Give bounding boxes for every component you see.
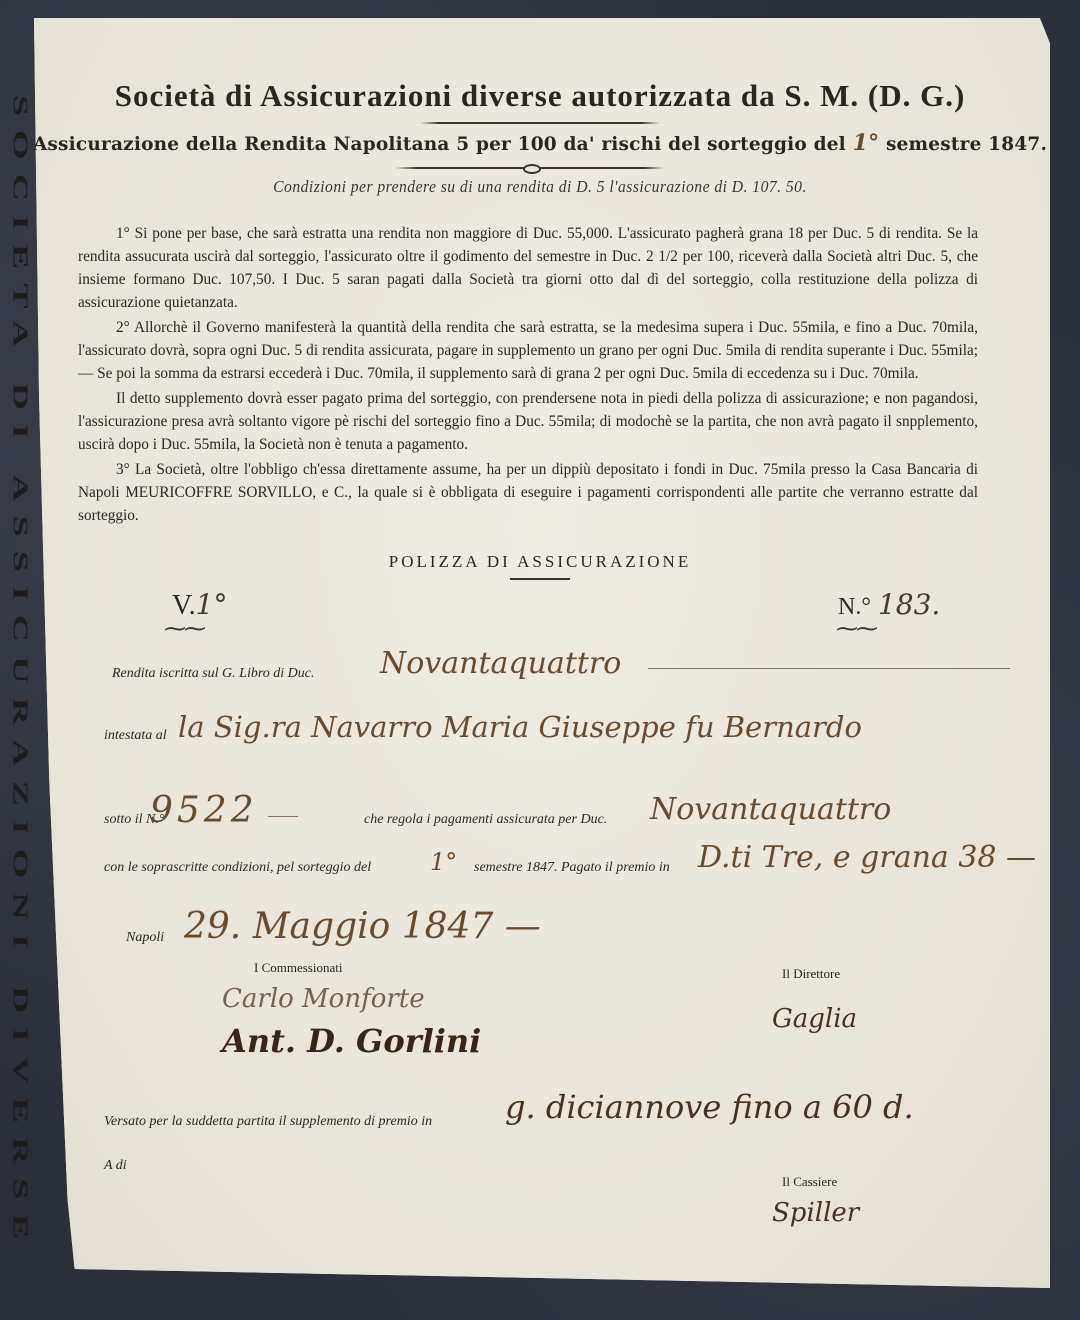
sotto-value: 9522 [150, 790, 258, 831]
cassiere-signature: Spiller [772, 1198, 859, 1228]
regola-value: Novantaquattro [650, 792, 891, 827]
subtitle-semester-handwritten: 1° [853, 130, 880, 156]
direttore-signature: Gaglia [772, 1004, 857, 1034]
volume-field: V.1° ⁓⁓ [172, 588, 227, 642]
subtitle-divider [395, 167, 665, 169]
number-field: N.° 183. ⁓⁓ [838, 588, 940, 642]
margin-vertical-text: SOCIETA DI ASSICURAZIONI DIVERSE IN NAPO… [10, 95, 32, 1275]
condizioni-semester-value: 1° [430, 848, 457, 876]
clause-3: 3° La Società, oltre l'obbligo ch'essa d… [78, 458, 978, 527]
a-di-label: A di [104, 1158, 127, 1174]
direttore-label: Il Direttore [782, 966, 840, 982]
sotto-fill-line [268, 816, 298, 817]
intestata-label: intestata al [104, 728, 167, 744]
condizioni-label-1: con le soprascritte condizioni, pel sort… [104, 860, 371, 876]
date-value: 29. Maggio 1847 — [184, 906, 541, 947]
commissionati-signature-2: Ant. D. Gorlini [222, 1022, 481, 1060]
conditions-heading: Condizioni per prendere su di una rendit… [43, 177, 1037, 197]
regola-label: che regola i pagamenti assicurata per Du… [364, 812, 607, 828]
premio-value: D.ti Tre, e grana 38 — [698, 840, 1036, 875]
commissionati-label: I Commessionati [254, 960, 342, 976]
document-title: Società di Assicurazioni diverse autoriz… [0, 78, 1080, 114]
title-divider [420, 122, 660, 124]
condizioni-label-2: semestre 1847. Pagato il premio in [474, 860, 670, 876]
rendita-value: Novantaquattro [380, 646, 621, 681]
policy-heading: POLIZZA DI ASSICURAZIONE [0, 552, 1080, 572]
intestata-value: la Sig.ra Navarro Maria Giuseppe fu Bern… [178, 710, 862, 744]
subtitle-prefix: Assicurazione della Rendita Napolitana 5… [33, 134, 846, 155]
place-label: Napoli [126, 930, 164, 946]
rendita-label: Rendita iscritta sul G. Libro di Duc. [112, 666, 314, 682]
number-value: 183. [878, 588, 940, 621]
document-subtitle: Assicurazione della Rendita Napolitana 5… [0, 130, 1080, 156]
clause-1: 1° Si pone per base, che sarà estratta u… [78, 222, 978, 314]
subtitle-suffix: semestre 1847. [886, 134, 1047, 155]
commissionati-signature-1: Carlo Monforte [222, 984, 425, 1014]
rendita-fill-line [648, 668, 1010, 669]
versato-label: Versato per la suddetta partita il suppl… [104, 1114, 432, 1130]
clause-2-supplement: Il detto supplemento dovrà esser pagato … [78, 387, 978, 456]
cassiere-label: Il Cassiere [782, 1174, 837, 1190]
versato-value: g. diciannove fino a 60 d. [505, 1088, 914, 1126]
clause-2: 2° Allorchè il Governo manifesterà la qu… [78, 316, 978, 385]
clauses-block: 1° Si pone per base, che sarà estratta u… [78, 222, 978, 527]
policy-heading-divider [510, 578, 570, 580]
divider-ornament [523, 164, 541, 174]
